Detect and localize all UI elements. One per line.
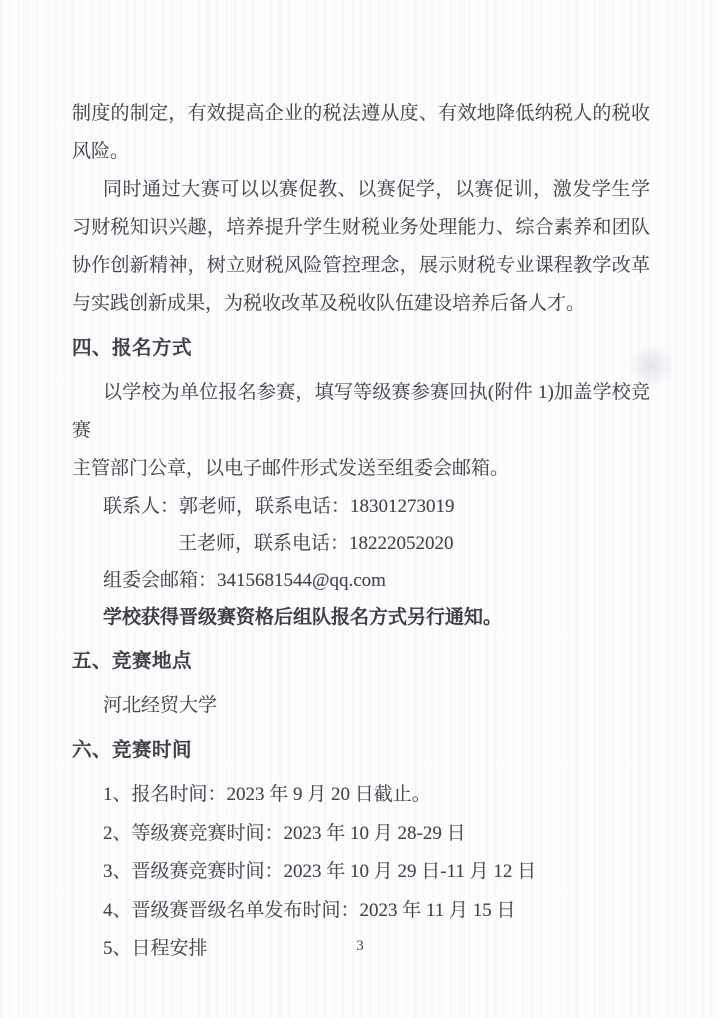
section-heading-registration: 四、报名方式: [72, 330, 650, 368]
paragraph-purpose-line-4: 与实践创新成果，为税收改革及税收队伍建设培养后备人才。: [72, 285, 650, 323]
schedule-item-1: 1、报名时间：2023 年 9 月 20 日截止。: [72, 776, 650, 815]
schedule-item-3: 3、晋级赛竞赛时间：2023 年 10 月 29 日-11 月 12 日: [72, 853, 650, 892]
paragraph-purpose-line-3: 协作创新精神，树立财税风险管控理念，展示财税专业课程教学改革: [72, 247, 650, 285]
promotion-notice-line: 学校获得晋级赛资格后组队报名方式另行通知。: [72, 599, 650, 636]
document-body: 制度的制定，有效提高企业的税法遵从度、有效地降低纳税人的税收 风险。 同时通过大…: [72, 95, 650, 969]
venue-line: 河北经贸大学: [72, 687, 650, 725]
schedule-item-4: 4、晋级赛晋级名单发布时间：2023 年 11 月 15 日: [72, 892, 650, 931]
contact-line-wang: 王老师，联系电话：18222052020: [72, 525, 650, 562]
registration-para-line-1: 以学校为单位报名参赛，填写等级赛参赛回执(附件 1)加盖学校竞赛: [72, 374, 650, 450]
paragraph-carryover-line-2: 风险。: [72, 133, 650, 171]
paragraph-purpose-line-2: 习财税知识兴趣，培养提升学生财税业务处理能力、综合素养和团队: [72, 209, 650, 247]
committee-email-line: 组委会邮箱：3415681544@qq.com: [72, 562, 650, 599]
page-number: 3: [0, 936, 720, 956]
paragraph-carryover-line-1: 制度的制定，有效提高企业的税法遵从度、有效地降低纳税人的税收: [72, 95, 650, 133]
schedule-item-2: 2、等级赛竞赛时间：2023 年 10 月 28-29 日: [72, 815, 650, 854]
section-heading-venue: 五、竞赛地点: [72, 643, 650, 681]
section-heading-schedule: 六、竞赛时间: [72, 732, 650, 770]
registration-para-line-2: 主管部门公章，以电子邮件形式发送至组委会邮箱。: [72, 450, 650, 488]
document-page: 制度的制定，有效提高企业的税法遵从度、有效地降低纳税人的税收 风险。 同时通过大…: [0, 0, 720, 1018]
paragraph-purpose-line-1: 同时通过大赛可以以赛促教、以赛促学，以赛促训，激发学生学: [72, 171, 650, 209]
contact-line-guo: 联系人：郭老师，联系电话：18301273019: [72, 488, 650, 525]
